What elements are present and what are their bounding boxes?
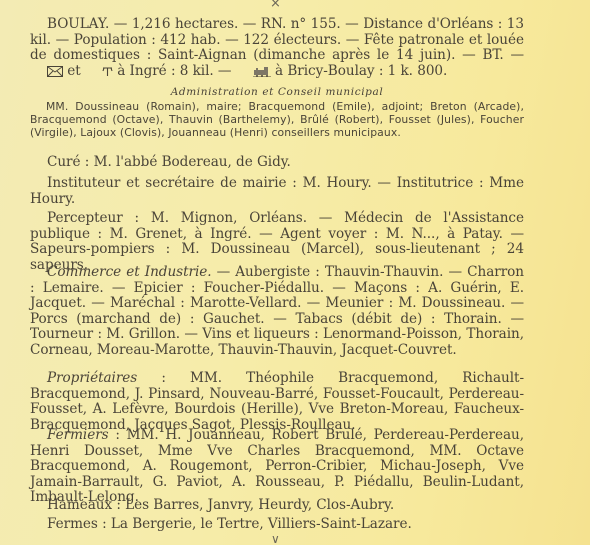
fermes-entry: Fermes : La Bergerie, le Tertre, Villier… [30, 517, 524, 533]
intro-text-4: à Bricy-Boulay : 1 k. 800. [271, 63, 448, 79]
administration-heading: Administration et Conseil municipal [30, 86, 524, 98]
commune-intro: BOULAY. — 1,216 hectares. — RN. n° 155. … [30, 17, 524, 81]
commerce-industrie-entry: Commerce et Industrie. — Aubergiste : Th… [30, 265, 524, 359]
proprietaires-entry: Propriétaires : MM. Théophile Bracquemon… [30, 371, 524, 433]
fermiers-entry: Fermiers : MM. H. Jouanneau, Robert Brul… [30, 428, 524, 506]
intro-text-2: et [63, 63, 85, 79]
commerce-label: Commerce et Industrie. [47, 264, 212, 280]
train-icon [236, 66, 271, 82]
hameaux-entry: Hameaux : Les Barres, Janvry, Heurdy, Cl… [30, 498, 524, 514]
instituteur-entry: Instituteur et secrétaire de mairie : M.… [30, 176, 524, 207]
cure-entry: Curé : M. l'abbé Bodereau, de Gidy. [30, 155, 524, 171]
telegraph-icon [85, 66, 113, 82]
council-text: MM. Doussineau (Romain), maire; Bracquem… [30, 100, 524, 139]
proprietaires-label: Propriétaires [47, 370, 137, 386]
intro-text-3: à Ingré : 8 kil. — [113, 63, 236, 79]
top-page-mark: × [270, 0, 281, 11]
fermiers-label: Fermiers [47, 427, 109, 443]
commune-name: BOULAY. [47, 16, 109, 32]
bottom-page-mark: ∨ [271, 533, 280, 545]
municipal-council-list: MM. Doussineau (Romain), maire; Bracquem… [30, 100, 524, 140]
envelope-icon [30, 66, 63, 82]
